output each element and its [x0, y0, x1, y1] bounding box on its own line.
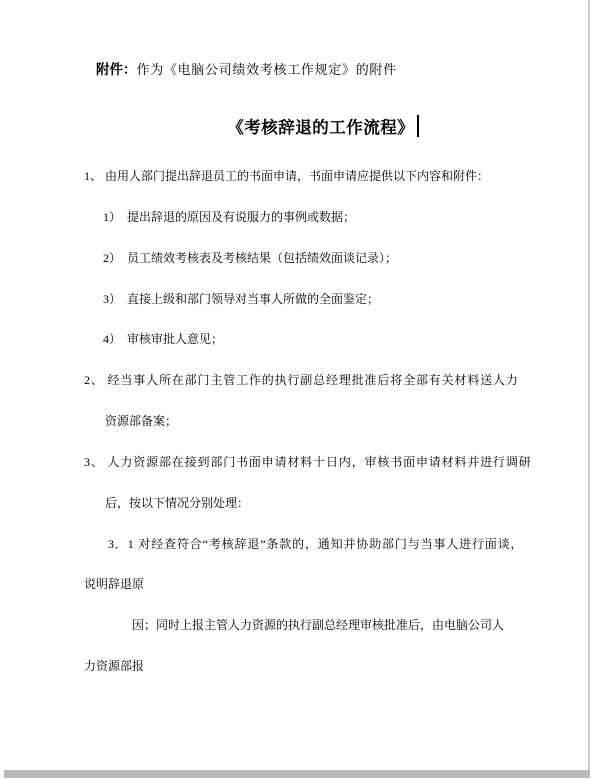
body-line[interactable]: 3．1 对经查符合“考核辞退”条款的，通知并协助部门与当事人进行面谈， — [108, 536, 554, 577]
body-line[interactable]: 2、 经当事人所在部门主管工作的执行副总经理批准后将全部有关材料送人力 — [84, 372, 554, 413]
body-line[interactable]: 力资源部报 — [84, 658, 554, 699]
body-line[interactable]: 2） 员工绩效考核表及考核结果（包括绩效面谈记录）； — [103, 250, 554, 291]
document-title[interactable]: 《考核辞退的工作流程》 — [84, 94, 544, 158]
body-line[interactable]: 1、 由用人部门提出辞退员工的书面申请，书面申请应提供以下内容和附件： — [84, 168, 554, 209]
page-edge-shadow-right — [588, 0, 590, 771]
page-edge-shadow-bottom — [4, 770, 590, 778]
body-line[interactable]: 4） 审核审批人意见； — [103, 331, 554, 372]
body-line[interactable]: 3） 直接上级和部门领导对当事人所做的全面鉴定； — [103, 291, 554, 332]
body-line[interactable]: 说明辞退原 — [84, 576, 554, 617]
body-line[interactable]: 因；同时上报主管人力资源的执行副总经理审核批准后，由电脑公司人 — [132, 617, 554, 658]
body-line[interactable]: 资源部备案； — [105, 413, 554, 454]
attachment-note-line[interactable]: 附件：作为《电脑公司绩效考核工作规定》的附件 — [83, 42, 397, 94]
attachment-text: 作为《电脑公司绩效考核工作规定》的附件 — [137, 62, 397, 77]
body-line[interactable]: 1） 提出辞退的原因及有说服力的事例或数据； — [103, 209, 554, 250]
attachment-label: 附件： — [96, 62, 137, 77]
body-line[interactable]: 3、 人力资源部在接到部门书面申请材料十日内，审核书面申请材料并进行调研 — [84, 454, 554, 495]
document-page[interactable]: 附件：作为《电脑公司绩效考核工作规定》的附件 《考核辞退的工作流程》 1、 由用… — [0, 0, 593, 779]
document-title-text: 《考核辞退的工作流程》 — [227, 118, 414, 137]
document-body[interactable]: 1、 由用人部门提出辞退员工的书面申请，书面申请应提供以下内容和附件： 1） 提… — [84, 168, 554, 699]
text-cursor — [417, 115, 419, 137]
body-line[interactable]: 后，按以下情况分别处理： — [105, 495, 554, 536]
